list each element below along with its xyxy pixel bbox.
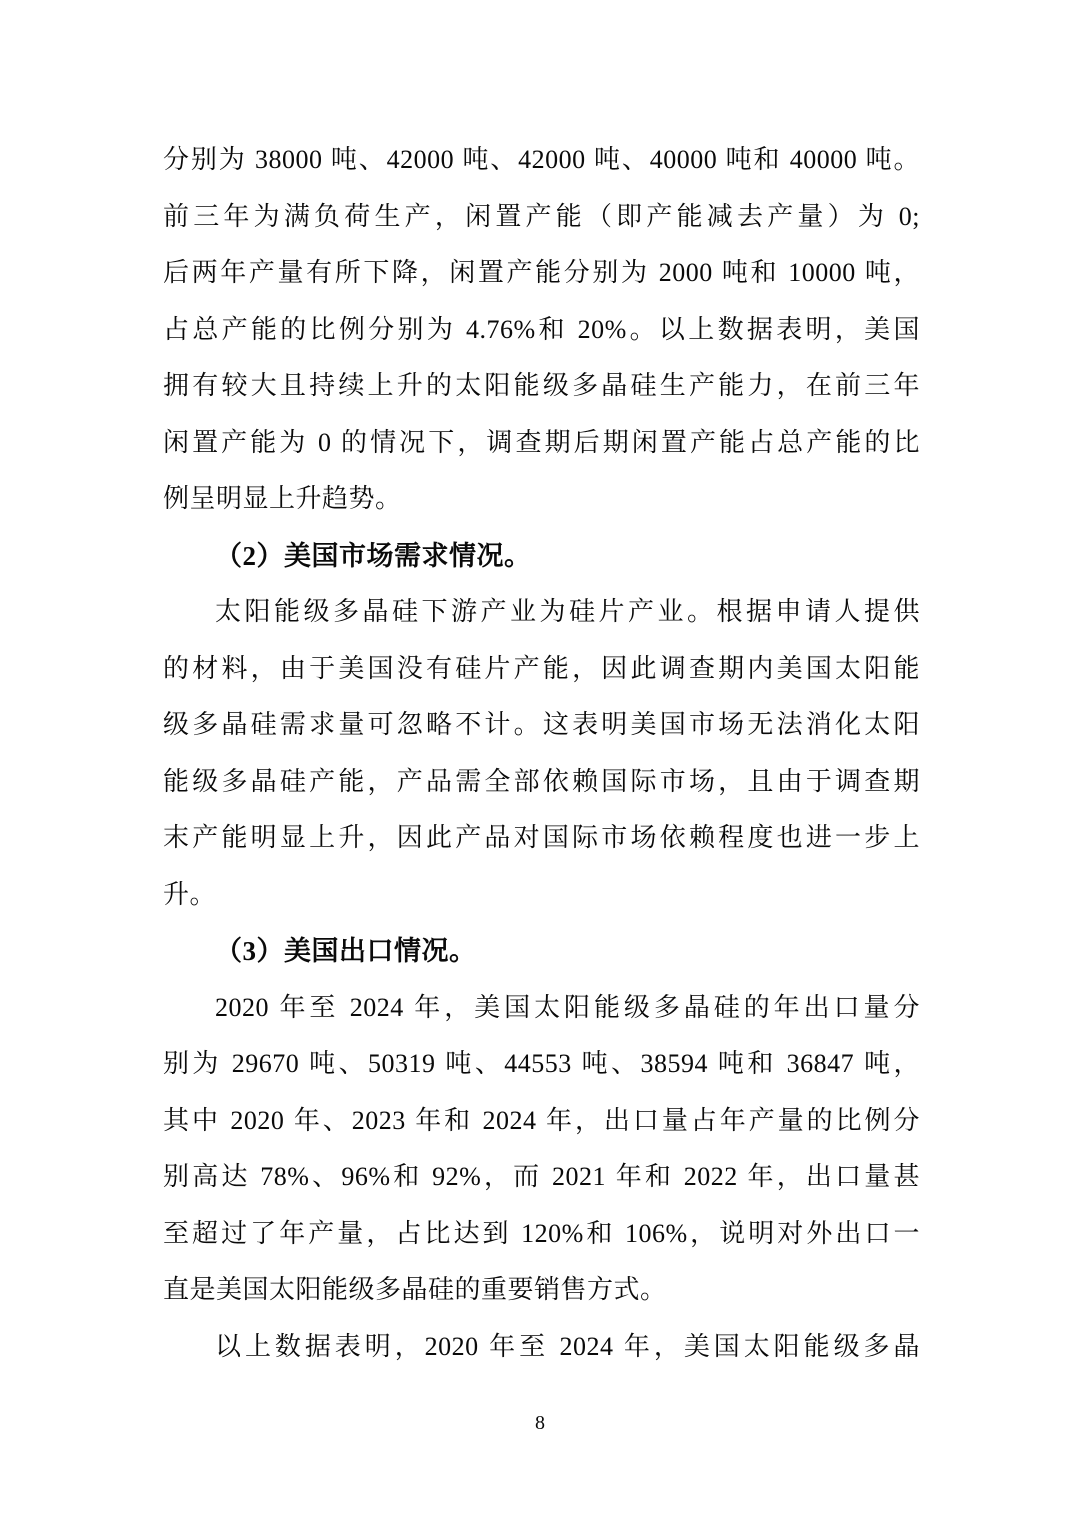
text-line: 级多晶硅需求量可忽略不计。这表明美国市场无法消化太阳 (163, 697, 920, 754)
text-line: 能级多晶硅产能，产品需全部依赖国际市场，且由于调查期 (163, 754, 920, 811)
text-line: 闲置产能为 0 的情况下，调查期后期闲置产能占总产能的比 (163, 415, 920, 472)
text-line: 前三年为满负荷生产，闲置产能（即产能减去产量）为 0; (163, 189, 920, 246)
text-line: 末产能明显上升，因此产品对国际市场依赖程度也进一步上 (163, 810, 920, 867)
page-number: 8 (0, 1410, 1080, 1436)
text-line: 的材料，由于美国没有硅片产能，因此调查期内美国太阳能 (163, 641, 920, 698)
section-heading-exports: （3）美国出口情况。 (163, 923, 920, 980)
section-heading-market-demand: （2）美国市场需求情况。 (163, 528, 920, 585)
text-line: 后两年产量有所下降，闲置产能分别为 2000 吨和 10000 吨， (163, 245, 920, 302)
text-line: 别为 29670 吨、50319 吨、44553 吨、38594 吨和 3684… (163, 1036, 920, 1093)
document-page: 分别为 38000 吨、42000 吨、42000 吨、40000 吨和 400… (0, 0, 1080, 1528)
text-line: 以上数据表明，2020 年至 2024 年，美国太阳能级多晶 (163, 1319, 920, 1376)
body-text: 分别为 38000 吨、42000 吨、42000 吨、40000 吨和 400… (163, 132, 920, 1375)
text-line: 升。 (163, 867, 920, 924)
text-line: 拥有较大且持续上升的太阳能级多晶硅生产能力，在前三年 (163, 358, 920, 415)
text-line: 别高达 78%、96%和 92%，而 2021 年和 2022 年，出口量甚 (163, 1149, 920, 1206)
text-line: 分别为 38000 吨、42000 吨、42000 吨、40000 吨和 400… (163, 132, 920, 189)
text-line: 直是美国太阳能级多晶硅的重要销售方式。 (163, 1262, 920, 1319)
text-line: 2020 年至 2024 年，美国太阳能级多晶硅的年出口量分 (163, 980, 920, 1037)
text-line: 至超过了年产量，占比达到 120%和 106%，说明对外出口一 (163, 1206, 920, 1263)
text-line: 例呈明显上升趋势。 (163, 471, 920, 528)
text-line: 占总产能的比例分别为 4.76%和 20%。以上数据表明，美国 (163, 302, 920, 359)
text-line: 其中 2020 年、2023 年和 2024 年，出口量占年产量的比例分 (163, 1093, 920, 1150)
text-line: 太阳能级多晶硅下游产业为硅片产业。根据申请人提供 (163, 584, 920, 641)
